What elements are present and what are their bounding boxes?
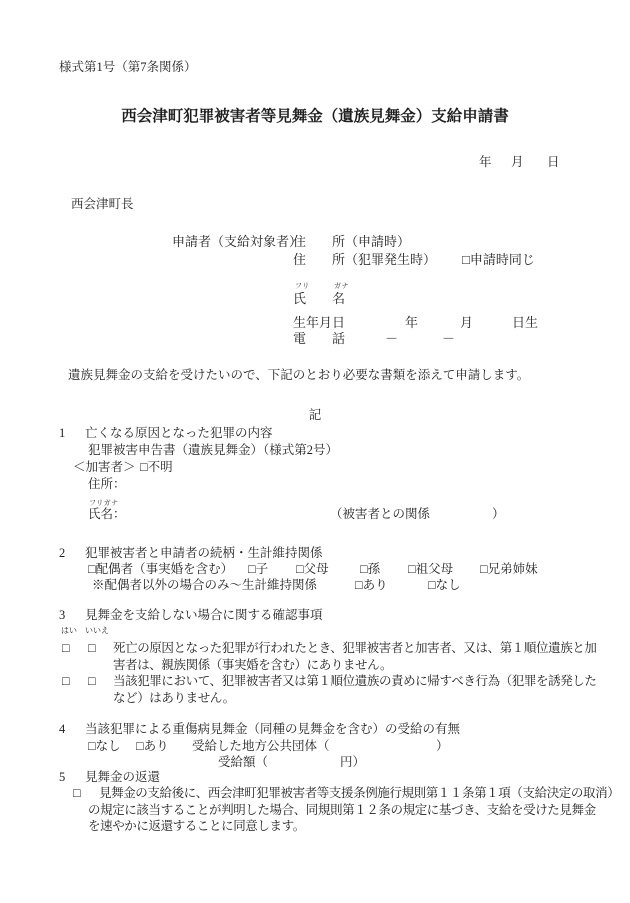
section4-number: 4 [59, 722, 65, 738]
municipality-label: 受給した地方公共団体（ [192, 739, 330, 755]
section1-number: 1 [59, 426, 65, 442]
amount-close: 円） [340, 755, 365, 771]
checkbox-perpetrator-unknown[interactable]: □ [140, 460, 148, 474]
intro-statement: 遺族見舞金の支給を受けたいので、下記のとおり必要な書類を添えて申請します。 [68, 368, 529, 384]
record-mark: 記 [0, 405, 630, 423]
date-year-label: 年 [479, 155, 492, 171]
birthdate-label: 生年月日 [293, 315, 345, 331]
same-address-label: 申請時同じ [470, 252, 535, 267]
applicant-label: 申請者（支給対象者） [172, 234, 302, 250]
checkbox-prior-yes[interactable]: □ [136, 739, 144, 753]
checkbox-confirm1-no[interactable]: □ [88, 641, 96, 657]
checkbox-siblings[interactable]: □ [480, 562, 488, 576]
relation-option-parents: □父母 [296, 562, 329, 578]
perpetrator-label: ＜加害者＞ [73, 460, 136, 476]
prior-payment-option-none: □なし [88, 739, 121, 755]
option-label: 配偶者（事実婚を含む） [96, 562, 234, 576]
option-label: 祖父母 [416, 562, 454, 576]
furigana-ruby-right: ガナ [334, 282, 349, 291]
option-label: 父母 [304, 562, 329, 576]
birth-year-label: 年 [405, 315, 418, 331]
checkbox-confirm2-no[interactable]: □ [88, 674, 96, 690]
form-number: 様式第1号（第7条関係） [59, 60, 197, 76]
section3-number: 3 [59, 608, 65, 624]
option-label: 孫 [368, 562, 381, 576]
applicant-name-label: 氏 名 [293, 291, 345, 307]
applicant-address-current: 住 所（申請時） [293, 234, 410, 250]
section2-heading: 犯罪被害者と申請者の続柄・生計維持関係 [85, 546, 323, 562]
addressee: 西会津町長 [71, 197, 134, 213]
refund-line3: を速やかに返還することに同意します。 [88, 819, 305, 835]
confirm2-line2: など）はありません。 [113, 691, 235, 707]
checkbox-parents[interactable]: □ [296, 562, 304, 576]
perpetrator-unknown-option: □不明 [140, 460, 173, 476]
perpetrator-unknown-label: 不明 [148, 460, 173, 474]
refund-line2: の規定に該当することが判明した場合、同規則第１２条の規定に基づき、支給を受けた見… [88, 803, 596, 819]
birth-day-label: 日生 [512, 315, 538, 331]
confirm1-line1: 死亡の原因となった犯罪が行われたとき、犯罪被害者と加害者、又は、第１順位遺族と加 [113, 641, 597, 657]
checkbox-refund-agree[interactable]: □ [73, 786, 81, 802]
amount-label: 受給額（ [218, 755, 268, 771]
date-month-label: 月 [511, 155, 524, 171]
relation-option-spouse: □配偶者（事実婚を含む） [88, 562, 233, 578]
application-form-page: 様式第1号（第7条関係） 西会津町犯罪被害者等見舞金（遺族見舞金）支給申請書 年… [0, 0, 630, 903]
confirm1-line2: 害者は、親族関係（事実婚を含む）にありません。 [113, 658, 392, 674]
option-label: 子 [256, 562, 269, 576]
crime-report-line: 犯罪被害申告書（遺族見舞金）（様式第2号） [88, 443, 338, 459]
section1-heading: 亡くなる原因となった犯罪の内容 [85, 426, 273, 442]
checkbox-confirm1-yes[interactable]: □ [62, 641, 70, 657]
furigana-ruby-left: フリ [295, 282, 310, 291]
checkbox-confirm2-yes[interactable]: □ [62, 674, 70, 690]
birth-month-label: 月 [460, 315, 473, 331]
livelihood-option-no: □なし [428, 578, 461, 594]
option-label: 兄弟姉妹 [488, 562, 538, 576]
checkbox-livelihood-no[interactable]: □ [428, 578, 436, 592]
victim-relation-close: ） [492, 507, 505, 523]
date-day-label: 日 [547, 155, 560, 171]
victim-relation-open: （被害者との関係 [330, 507, 430, 523]
municipality-close: ） [436, 739, 449, 755]
relation-option-siblings: □兄弟姉妹 [480, 562, 538, 578]
checkbox-child[interactable]: □ [248, 562, 256, 576]
section4-heading: 当該犯罪による重傷病見舞金（同種の見舞金を含む）の受給の有無 [85, 722, 460, 738]
relation-option-child: □子 [248, 562, 268, 578]
column-label-yes: はい [61, 626, 77, 636]
checkbox-prior-none[interactable]: □ [88, 739, 96, 753]
option-label: なし [436, 578, 461, 592]
livelihood-note: ※配偶者以外の場合のみ～生計維持関係 [92, 578, 317, 594]
phone-dash-2: － [442, 331, 455, 347]
relation-option-grandchild: □孫 [360, 562, 380, 578]
confirm2-line1: 当該犯罪において、犯罪被害者又は第１順位遺族の責めに帰すべき行為（犯罪を誘発した [113, 674, 597, 690]
checkbox-grandparents[interactable]: □ [408, 562, 416, 576]
prior-payment-option-yes: □あり [136, 739, 169, 755]
option-label: なし [96, 739, 121, 753]
applicant-address-at-crime: 住 所（犯罪発生時） [293, 252, 436, 268]
section5-number: 5 [59, 770, 65, 786]
option-label: あり [144, 739, 169, 753]
phone-label: 電 話 [293, 331, 345, 347]
column-label-no: いいえ [85, 626, 109, 636]
same-address-option: □申請時同じ [462, 252, 535, 268]
checkbox-livelihood-yes[interactable]: □ [355, 578, 363, 592]
phone-dash-1: － [385, 331, 398, 347]
checkbox-spouse[interactable]: □ [88, 562, 96, 576]
section5-heading: 見舞金の返還 [85, 770, 160, 786]
checkbox-same-address[interactable]: □ [462, 252, 470, 267]
livelihood-option-yes: □あり [355, 578, 388, 594]
perpetrator-address-label: 住所： [88, 477, 126, 493]
page-title: 西会津町犯罪被害者等見舞金（遺族見舞金）支給申請書 [0, 104, 630, 126]
section2-number: 2 [59, 546, 65, 562]
perpetrator-name-label: 氏名： [88, 507, 126, 523]
refund-line1: 見舞金の支給後に、西会津町犯罪被害者等支援条例施行規則第１１条第１項（支給決定の… [99, 786, 619, 802]
checkbox-grandchild[interactable]: □ [360, 562, 368, 576]
relation-option-grandparents: □祖父母 [408, 562, 453, 578]
option-label: あり [363, 578, 388, 592]
section3-heading: 見舞金を支給しない場合に関する確認事項 [85, 608, 323, 624]
